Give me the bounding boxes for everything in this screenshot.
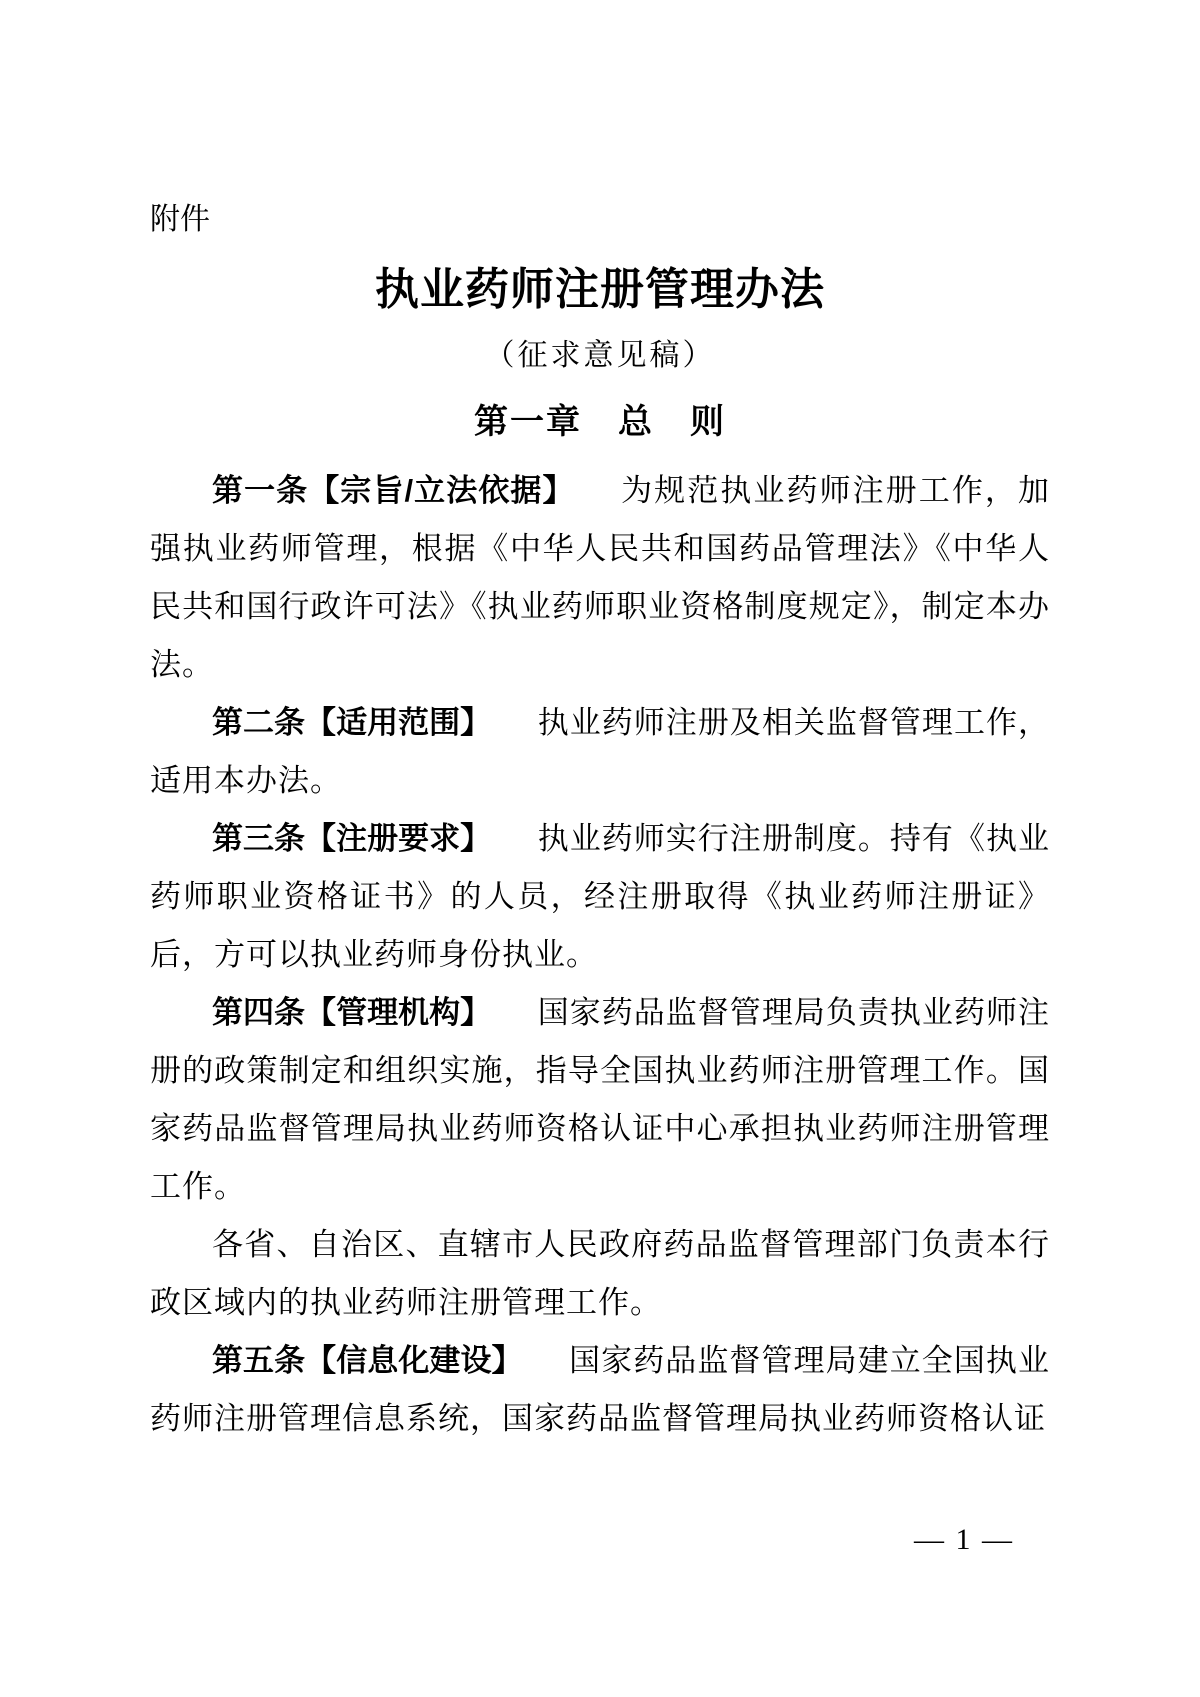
article-lead: 第一条【宗旨/立法依据】 <box>212 473 575 508</box>
attachment-label: 附件 <box>150 202 1050 238</box>
document-content: 附件 执业药师注册管理办法 （征求意见稿） 第一章 总 则 第一条【宗旨/立法依… <box>0 202 1200 1448</box>
article-paragraph: 第四条【管理机构】国家药品监督管理局负责执业药师注册的政策制定和组织实施，指导全… <box>150 984 1050 1216</box>
page-number: — 1 — <box>914 1523 1014 1557</box>
document-subtitle: （征求意见稿） <box>150 336 1050 376</box>
article-paragraph: 第一条【宗旨/立法依据】为规范执业药师注册工作，加强执业药师管理，根据《中华人民… <box>150 462 1050 694</box>
article-lead: 第四条【管理机构】 <box>212 995 491 1030</box>
document-page: 附件 执业药师注册管理办法 （征求意见稿） 第一章 总 则 第一条【宗旨/立法依… <box>0 0 1200 1697</box>
article-text: 各省、自治区、直辖市人民政府药品监督管理部门负责本行政区域内的执业药师注册管理工… <box>150 1227 1050 1320</box>
article-paragraph: 第五条【信息化建设】国家药品监督管理局建立全国执业药师注册管理信息系统，国家药品… <box>150 1332 1050 1448</box>
article-lead: 第三条【注册要求】 <box>212 821 491 856</box>
article-paragraph: 各省、自治区、直辖市人民政府药品监督管理部门负责本行政区域内的执业药师注册管理工… <box>150 1216 1050 1332</box>
document-title: 执业药师注册管理办法 <box>150 264 1050 316</box>
article-lead: 第五条【信息化建设】 <box>212 1343 523 1378</box>
article-paragraph: 第二条【适用范围】执业药师注册及相关监督管理工作，适用本办法。 <box>150 694 1050 810</box>
chapter-heading: 第一章 总 则 <box>150 398 1050 446</box>
document-paragraphs: 第一条【宗旨/立法依据】为规范执业药师注册工作，加强执业药师管理，根据《中华人民… <box>150 462 1050 1448</box>
article-lead: 第二条【适用范围】 <box>212 705 491 740</box>
article-paragraph: 第三条【注册要求】执业药师实行注册制度。持有《执业药师职业资格证书》的人员，经注… <box>150 810 1050 984</box>
